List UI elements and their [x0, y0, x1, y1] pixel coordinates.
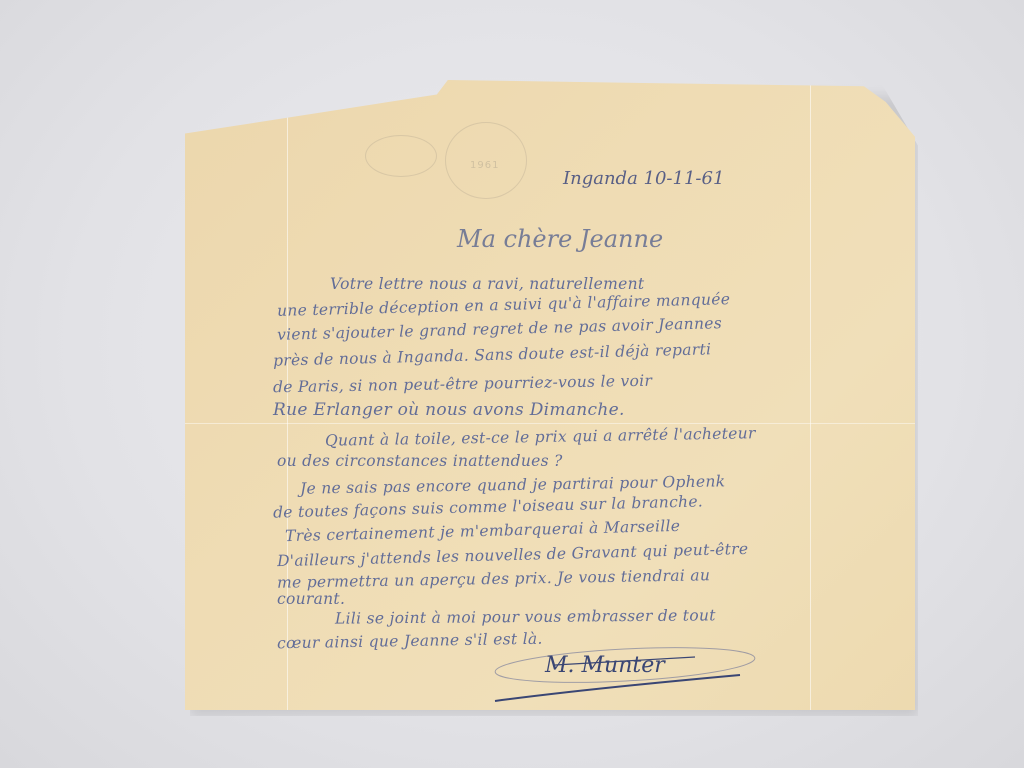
fold-crease-middle	[185, 423, 915, 424]
letter-line: me permettra un aperçu des prix. Je vous…	[277, 566, 710, 592]
postmark-stamp-faint	[365, 135, 437, 177]
postmark-text: 1961	[470, 160, 499, 171]
letter-line: près de nous à Inganda. Sans doute est-i…	[273, 340, 712, 369]
letter-dateline: Inganda 10-11-61	[563, 168, 724, 189]
letter-line: ou des circonstances inattendues ?	[277, 452, 563, 470]
letter-line: Rue Erlanger où nous avons Dimanche.	[273, 400, 625, 420]
letter-salutation: Ma chère Jeanne	[457, 225, 663, 253]
fold-crease-right	[810, 80, 811, 710]
letter-line: Très certainement je m'embarquerai à Mar…	[285, 517, 681, 545]
letter-paper: 1961 Inganda 10-11-61 Ma chère Jeanne Vo…	[185, 80, 915, 710]
letter-line: vient s'ajouter le grand regret de ne pa…	[277, 314, 722, 344]
letter-line: courant.	[277, 590, 345, 608]
letter-line: Quant à la toile, est-ce le prix qui a a…	[325, 424, 756, 450]
letter-line: Votre lettre nous a ravi, naturellement	[330, 275, 644, 293]
signature: M. Munter	[485, 645, 765, 705]
letter-line: de Paris, si non peut-être pourriez-vous…	[273, 372, 652, 397]
letter-line: D'ailleurs j'attends les nouvelles de Gr…	[277, 540, 749, 570]
signature-text: M. Munter	[545, 653, 665, 678]
letter-line: Lili se joint à moi pour vous embrasser …	[335, 606, 716, 627]
